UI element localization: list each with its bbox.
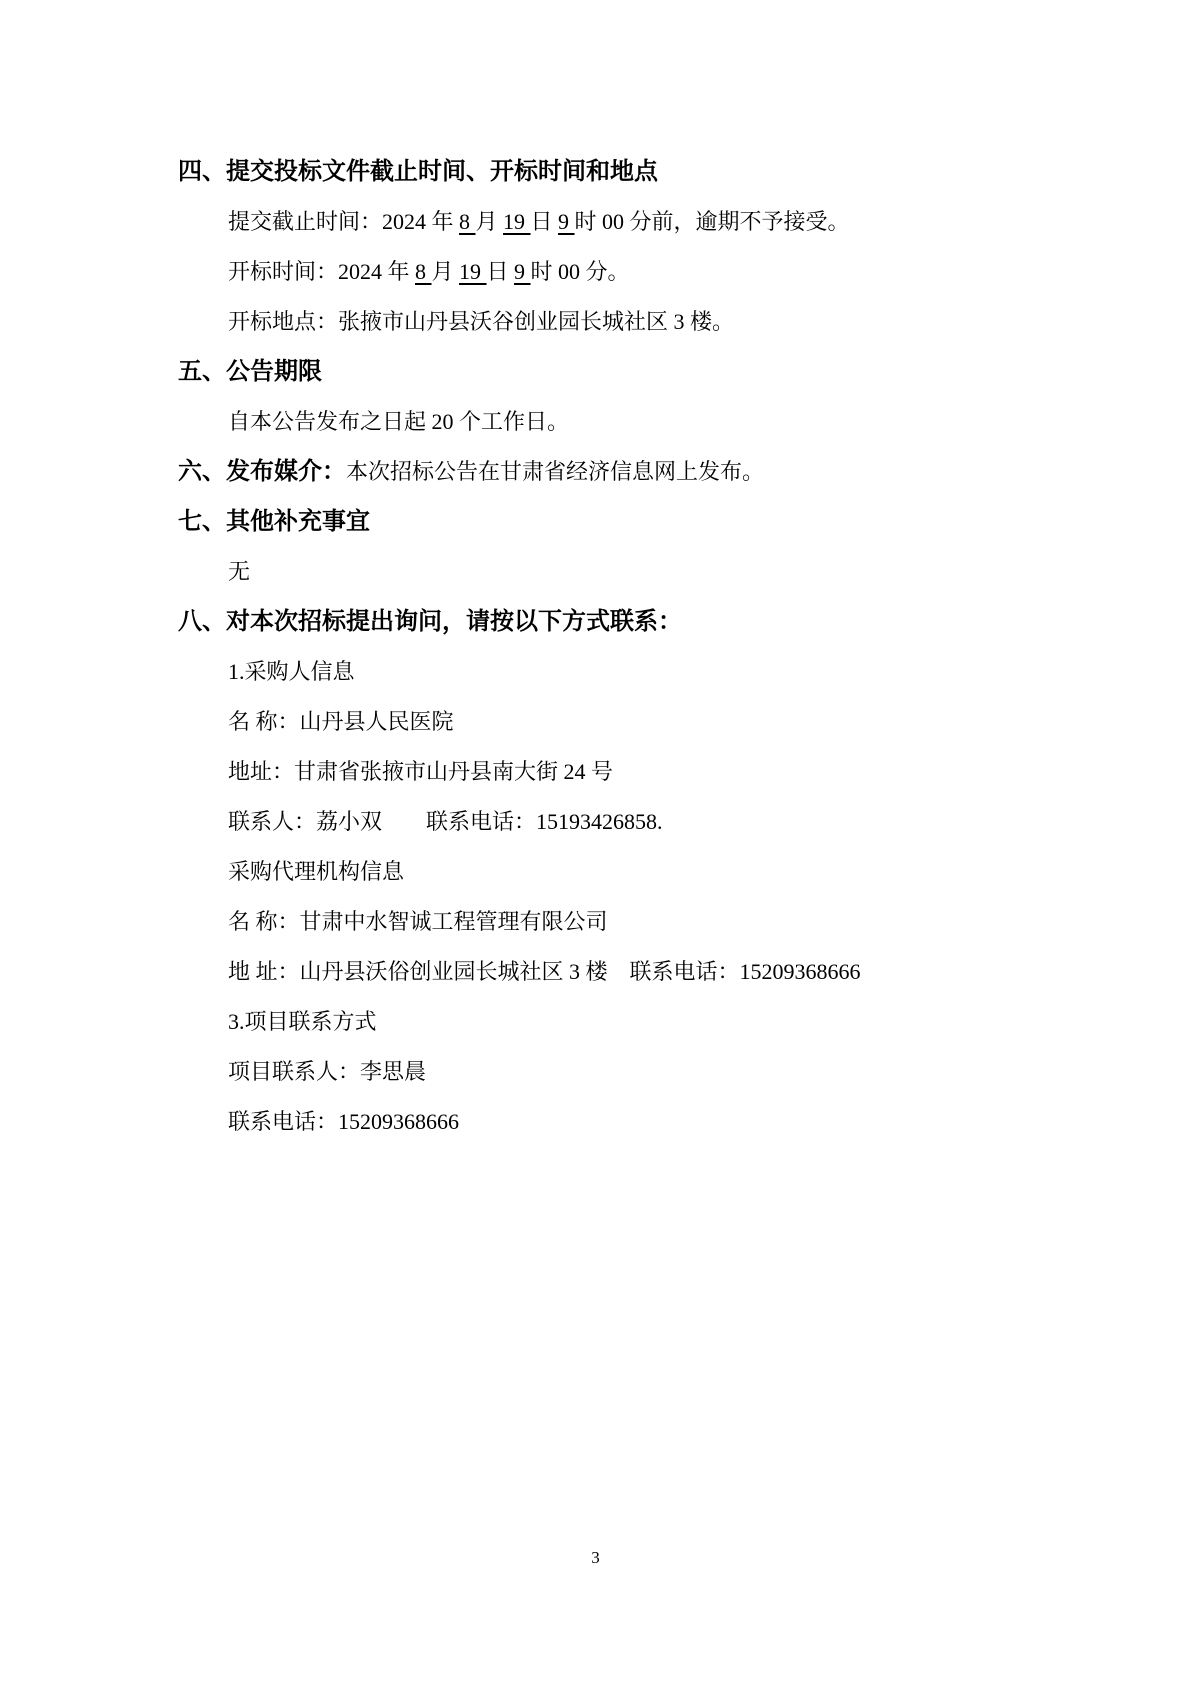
submit-deadline-day-underlined: 19 bbox=[503, 209, 531, 234]
notice-period-text: 自本公告发布之日起 20 个工作日。 bbox=[228, 409, 569, 434]
open-time-text-4: 时 00 分。 bbox=[531, 259, 630, 284]
document-page: 四、提交投标文件截止时间、开标时间和地点 提交截止时间：2024 年 8 月 1… bbox=[0, 0, 1191, 1684]
project-phone-line: 联系电话：15209368666 bbox=[228, 1110, 1058, 1134]
open-time-hour-underlined: 9 bbox=[514, 259, 531, 284]
none-line: 无 bbox=[228, 560, 1058, 584]
purchaser-contact-line: 联系人：荔小双 联系电话：15193426858. bbox=[228, 810, 1058, 834]
purchaser-address-text: 地址：甘肃省张掖市山丹县南大街 24 号 bbox=[228, 759, 613, 784]
section-six-heading: 六、发布媒介：本次招标公告在甘肃省经济信息网上发布。 bbox=[178, 460, 1058, 484]
section-seven-heading-text: 七、其他补充事宜 bbox=[178, 508, 370, 535]
section-eight-heading-text: 八、对本次招标提出询问，请按以下方式联系： bbox=[178, 608, 682, 635]
section-six-heading-body: 本次招标公告在甘肃省经济信息网上发布。 bbox=[346, 459, 764, 484]
none-text: 无 bbox=[228, 559, 250, 584]
page-footer: 3 bbox=[0, 1548, 1191, 1568]
submit-deadline-hour-underlined: 9 bbox=[558, 209, 575, 234]
purchaser-info-title-text: 1.采购人信息 bbox=[228, 659, 355, 684]
project-contact-person-line: 项目联系人：李思晨 bbox=[228, 1060, 1058, 1084]
section-four-heading: 四、提交投标文件截止时间、开标时间和地点 bbox=[178, 160, 1058, 184]
submit-deadline-text: 提交截止时间：2024 年 bbox=[228, 209, 459, 234]
open-time-month-underlined: 8 bbox=[415, 259, 432, 284]
project-contact-person-text: 项目联系人：李思晨 bbox=[228, 1059, 426, 1084]
page-number: 3 bbox=[591, 1548, 600, 1567]
section-eight-heading: 八、对本次招标提出询问，请按以下方式联系： bbox=[178, 610, 1058, 634]
purchaser-address-line: 地址：甘肃省张掖市山丹县南大街 24 号 bbox=[228, 760, 1058, 784]
purchaser-name-text: 名 称：山丹县人民医院 bbox=[228, 709, 454, 734]
open-time-text-2: 月 bbox=[432, 259, 460, 284]
open-time-text: 开标时间：2024 年 bbox=[228, 259, 415, 284]
section-five-heading: 五、公告期限 bbox=[178, 360, 1058, 384]
agency-name-line: 名 称：甘肃中水智诚工程管理有限公司 bbox=[228, 910, 1058, 934]
submit-deadline-line: 提交截止时间：2024 年 8 月 19 日 9 时 00 分前，逾期不予接受。 bbox=[228, 210, 1058, 234]
notice-period-line: 自本公告发布之日起 20 个工作日。 bbox=[228, 410, 1058, 434]
section-four-heading-text: 四、提交投标文件截止时间、开标时间和地点 bbox=[178, 158, 658, 185]
project-phone-text: 联系电话：15209368666 bbox=[228, 1109, 459, 1134]
open-time-text-3: 日 bbox=[487, 259, 515, 284]
document-content: 四、提交投标文件截止时间、开标时间和地点 提交截止时间：2024 年 8 月 1… bbox=[178, 160, 1058, 1160]
submit-deadline-text-3: 日 bbox=[531, 209, 559, 234]
section-six-heading-lead: 六、发布媒介： bbox=[178, 458, 346, 485]
open-location-text: 开标地点：张掖市山丹县沃谷创业园长城社区 3 楼。 bbox=[228, 309, 734, 334]
purchaser-contact-text: 联系人：荔小双 联系电话：15193426858. bbox=[228, 809, 663, 834]
purchaser-info-title-line: 1.采购人信息 bbox=[228, 660, 1058, 684]
submit-deadline-text-2: 月 bbox=[476, 209, 504, 234]
project-contact-title-line: 3.项目联系方式 bbox=[228, 1010, 1058, 1034]
submit-deadline-text-4: 时 00 分前，逾期不予接受。 bbox=[575, 209, 850, 234]
open-time-day-underlined: 19 bbox=[459, 259, 487, 284]
agency-address-text: 地 址：山丹县沃俗创业园长城社区 3 楼 联系电话：15209368666 bbox=[228, 959, 861, 984]
agency-address-line: 地 址：山丹县沃俗创业园长城社区 3 楼 联系电话：15209368666 bbox=[228, 960, 1058, 984]
agency-info-title-text: 采购代理机构信息 bbox=[228, 859, 404, 884]
agency-info-title-line: 采购代理机构信息 bbox=[228, 860, 1058, 884]
open-time-line: 开标时间：2024 年 8 月 19 日 9 时 00 分。 bbox=[228, 260, 1058, 284]
section-seven-heading: 七、其他补充事宜 bbox=[178, 510, 1058, 534]
purchaser-name-line: 名 称：山丹县人民医院 bbox=[228, 710, 1058, 734]
open-location-line: 开标地点：张掖市山丹县沃谷创业园长城社区 3 楼。 bbox=[228, 310, 1058, 334]
agency-name-text: 名 称：甘肃中水智诚工程管理有限公司 bbox=[228, 909, 608, 934]
section-five-heading-text: 五、公告期限 bbox=[178, 358, 322, 385]
submit-deadline-month-underlined: 8 bbox=[459, 209, 476, 234]
project-contact-title-text: 3.项目联系方式 bbox=[228, 1009, 377, 1034]
